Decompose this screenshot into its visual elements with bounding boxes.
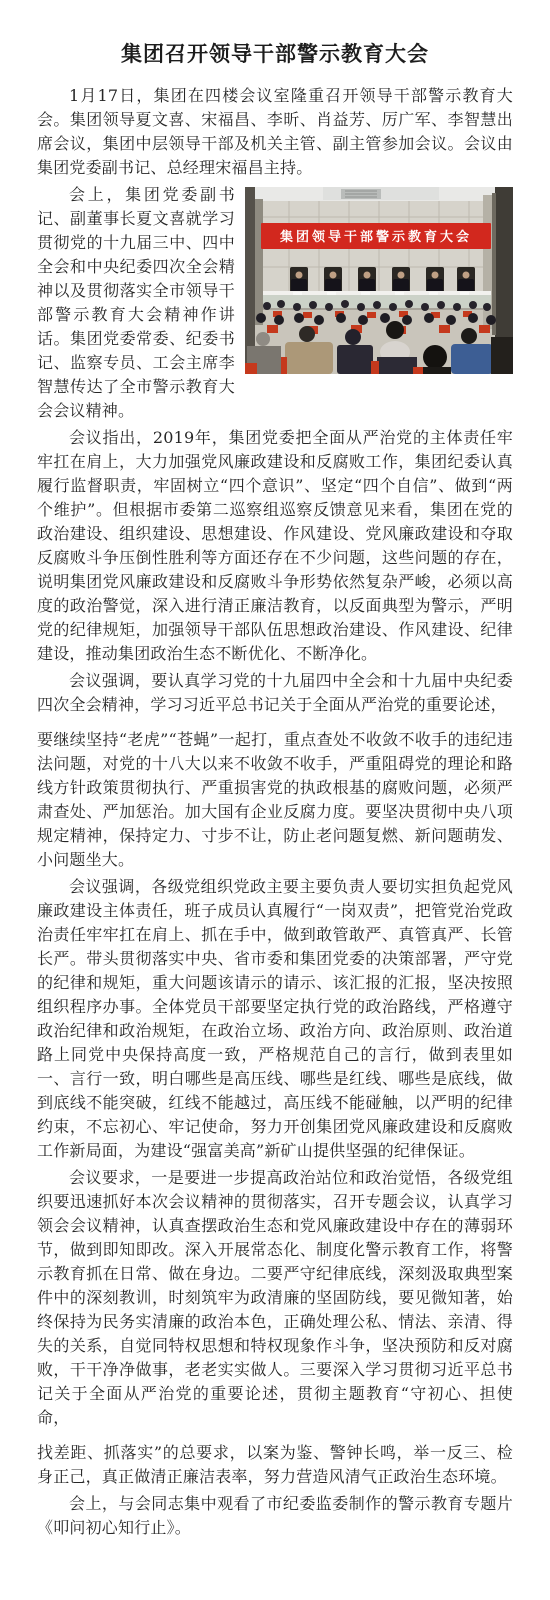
paragraph-speech: 集团领导干部警示教育大会	[37, 183, 513, 423]
paragraph-stressed-study-cont: 要继续坚持“老虎”“苍蝇”一起打，重点查处不收敛不收手的违纪违法问题，对党的十八…	[37, 728, 513, 872]
paragraph-stressed-study: 会议强调，要认真学习党的十九届四中全会和十九届中央纪委四次全会精神，学习习近平总…	[37, 669, 513, 717]
paragraph-intro: 1月17日，集团在四楼会议室隆重召开领导干部警示教育大会。集团领导夏文喜、宋福昌…	[37, 84, 513, 180]
left-column	[245, 187, 255, 374]
paragraph-pointed-out: 会议指出，2019年，集团党委把全面从严治党的主体责任牢牢扛在肩上，大力加强党风…	[37, 426, 513, 666]
banner-text: 集团领导干部警示教育大会	[280, 229, 472, 245]
article-page: 集团召开领导干部警示教育大会 1月17日，集团在四楼会议室隆重召开领导干部警示教…	[0, 0, 550, 1600]
paragraph-requirements: 会议要求，一是要进一步提高政治站位和政治觉悟，各级党组织要迅速抓好本次会议精神的…	[37, 1166, 513, 1430]
left-trim	[255, 199, 263, 325]
paragraph-responsibility: 会议强调，各级党组织党政主要主要负责人要切实担负起党风廉政建设主体责任，班子成员…	[37, 875, 513, 1163]
right-trim-line	[492, 193, 496, 335]
meeting-photo: 集团领导干部警示教育大会	[245, 187, 513, 374]
paragraph-speech-text: 会上，集团党委副书记、副董事长夏文喜就学习贯彻党的十九届三中、四中全会和中央纪委…	[37, 185, 235, 420]
paragraph-requirements-cont: 找差距、抓落实”的总要求，以案为鉴、警钟长鸣，举一反三、检身正己，真正做清正廉洁…	[37, 1441, 513, 1489]
meeting-photo-graphic: 集团领导干部警示教育大会	[245, 187, 513, 374]
paragraph-closing: 会上，与会同志集中观看了市纪委监委制作的警示教育专题片《叩问初心知行止》。	[37, 1492, 513, 1540]
article-title: 集团召开领导干部警示教育大会	[37, 38, 513, 68]
